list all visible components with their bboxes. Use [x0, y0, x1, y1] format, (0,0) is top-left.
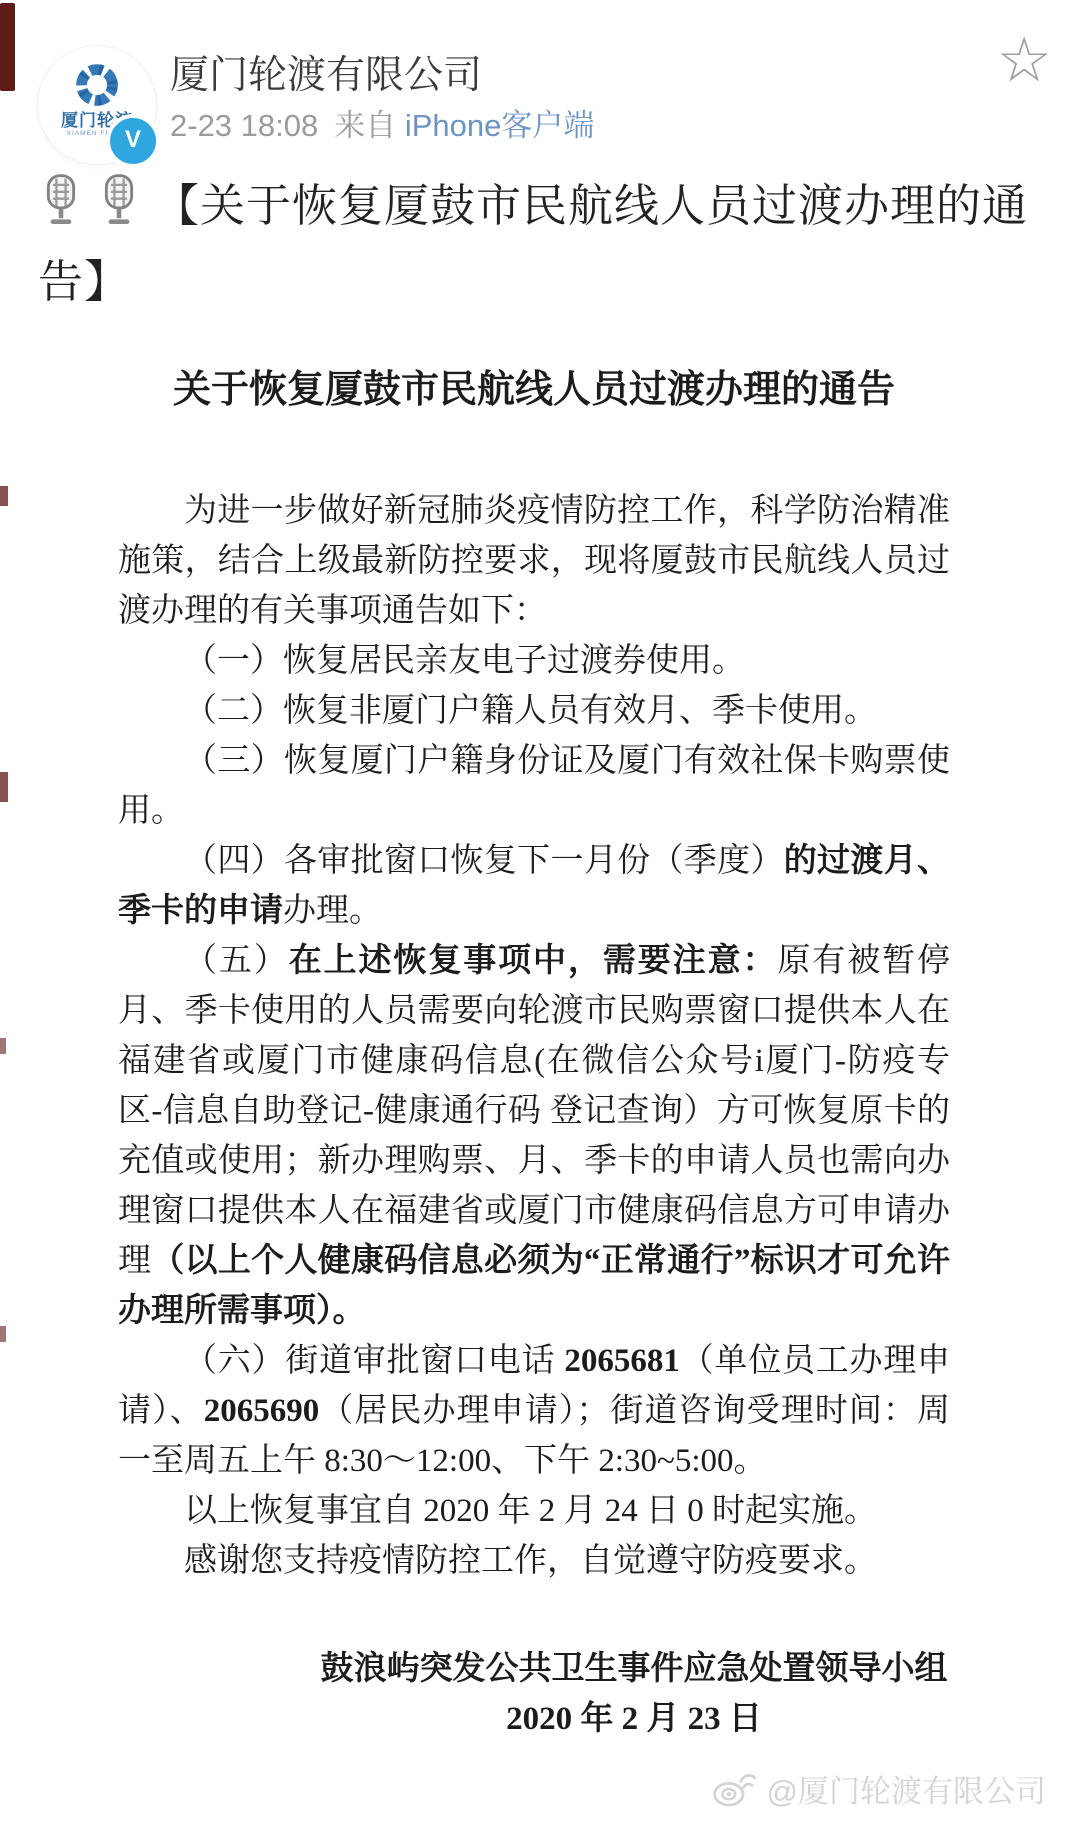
watermark-handle: @厦门轮渡有限公司 — [767, 1766, 1046, 1811]
jpeg-artifact — [0, 1038, 6, 1054]
avatar[interactable]: 厦门轮渡 XIAMEN FERRY V — [38, 46, 156, 164]
document-paragraph: （一）恢复居民亲友电子过渡券使用。 — [118, 636, 950, 686]
favorite-star-icon[interactable]: ☆ — [996, 30, 1052, 92]
watermark: @厦门轮渡有限公司 — [711, 1766, 1046, 1811]
document-paragraph: （四）各审批窗口恢复下一月份（季度）的过渡月、季卡的申请办理。 — [118, 836, 950, 936]
signature-block: 鼓浪屿突发公共卫生事件应急处置领导小组 2020 年 2 月 23 日 — [218, 1644, 1050, 1744]
post-text: 【关于恢复厦鼓市民航线人员过渡办理的通告】 — [38, 168, 1050, 320]
jpeg-artifact — [0, 486, 8, 506]
document-body: 为进一步做好新冠肺炎疫情防控工作，科学防治精准施策，结合上级最新防控要求，现将厦… — [118, 486, 950, 1586]
microphone-emoji-icon — [38, 173, 84, 229]
post-meta: 2-23 18:08来自 iPhone客户端 — [170, 100, 594, 145]
jpeg-artifact — [0, 772, 8, 802]
document-paragraph: （五）在上述恢复事项中，需要注意：原有被暂停月、季卡使用的人员需要向轮渡市民购票… — [118, 936, 950, 1336]
weibo-logo-icon — [711, 1770, 757, 1808]
document-paragraph: 感谢您支持疫情防控工作，自觉遵守防疫要求。 — [118, 1536, 950, 1586]
verified-badge: V — [106, 114, 160, 168]
weibo-post-page: 厦门轮渡 XIAMEN FERRY V 厦门轮渡有限公司 2-23 18:08来… — [0, 0, 1080, 1845]
post-time: 2-23 18:08 — [170, 108, 318, 143]
document-paragraph: 以上恢复事宜自 2020 年 2 月 24 日 0 时起实施。 — [118, 1486, 950, 1536]
document-paragraph: （三）恢复厦门户籍身份证及厦门有效社保卡购票使用。 — [118, 736, 950, 836]
microphone-emoji-icon — [96, 173, 142, 229]
document-title: 关于恢复厦鼓市民航线人员过渡办理的通告 — [118, 368, 950, 412]
signature: 鼓浪屿突发公共卫生事件应急处置领导小组 — [218, 1644, 1050, 1694]
announcement-image[interactable]: 关于恢复厦鼓市民航线人员过渡办理的通告 为进一步做好新冠肺炎疫情防控工作，科学防… — [118, 368, 950, 1744]
jpeg-artifact — [0, 3, 15, 91]
source-prefix: 来自 — [334, 108, 396, 143]
post-title-text: 【关于恢复厦鼓市民航线人员过渡办理的通告】 — [38, 180, 1028, 307]
document-paragraph: （六）街道审批窗口电话 2065681（单位员工办理申请）、2065690（居民… — [118, 1336, 950, 1486]
document-paragraph: 为进一步做好新冠肺炎疫情防控工作，科学防治精准施策，结合上级最新防控要求，现将厦… — [118, 486, 950, 636]
signature-date: 2020 年 2 月 23 日 — [218, 1694, 1050, 1744]
source-link[interactable]: iPhone客户端 — [405, 108, 595, 143]
ferry-logo-icon — [68, 56, 126, 114]
document-paragraph: （二）恢复非厦门户籍人员有效月、季卡使用。 — [118, 686, 950, 736]
jpeg-artifact — [0, 1326, 6, 1342]
verified-badge-letter: V — [125, 128, 141, 152]
account-name[interactable]: 厦门轮渡有限公司 — [170, 44, 482, 100]
